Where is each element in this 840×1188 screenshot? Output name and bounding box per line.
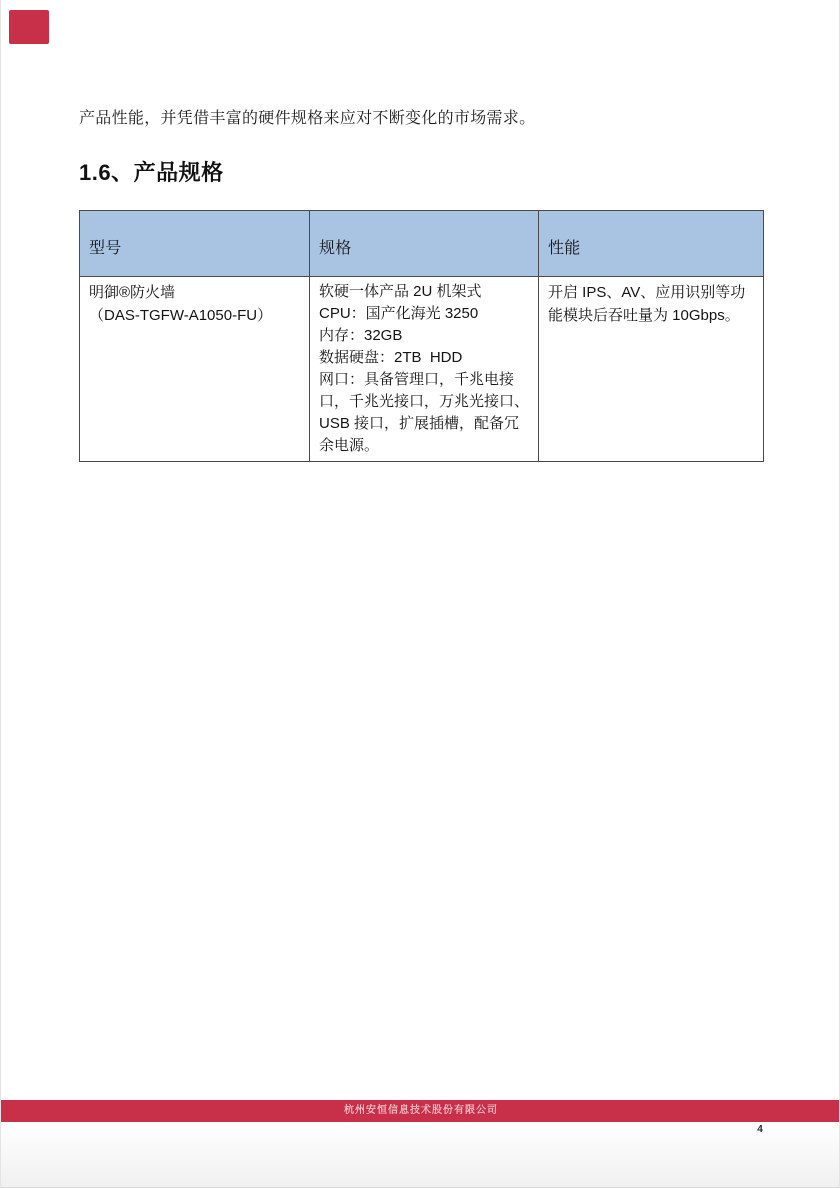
cell-performance: 开启 IPS、AV、应用识别等功能模块后吞吐量为 10Gbps。 bbox=[539, 277, 764, 462]
spec-cpu: CPU：国产化海光 3250 bbox=[319, 303, 532, 325]
footer-bar: 杭州安恒信息技术股份有限公司 bbox=[1, 1100, 840, 1122]
company-logo bbox=[9, 10, 49, 44]
spec-form-factor: 软硬一体产品 2U 机架式 bbox=[319, 281, 532, 303]
cell-model: 明御®防火墙 （DAS-TGFW-A1050-FU） bbox=[80, 277, 310, 462]
table-header-row: 型号 规格 性能 bbox=[80, 211, 764, 277]
table-row: 明御®防火墙 （DAS-TGFW-A1050-FU） 软硬一体产品 2U 机架式… bbox=[80, 277, 764, 462]
performance-text: 开启 IPS、AV、应用识别等功能模块后吞吐量为 10Gbps。 bbox=[548, 281, 757, 327]
model-code: （DAS-TGFW-A1050-FU） bbox=[89, 304, 303, 327]
col-header-performance: 性能 bbox=[539, 211, 764, 277]
spec-disk: 数据硬盘：2TB HDD bbox=[319, 347, 532, 369]
spec-memory: 内存：32GB bbox=[319, 325, 532, 347]
spec-ports: 网口：具备管理口，千兆电接口，千兆光接口，万兆光接口、USB 接口，扩展插槽，配… bbox=[319, 369, 532, 457]
footer-company-name: 杭州安恒信息技术股份有限公司 bbox=[344, 1105, 498, 1116]
spec-table: 型号 规格 性能 明御®防火墙 （DAS-TGFW-A1050-FU） 软硬一体… bbox=[79, 210, 764, 462]
cell-spec: 软硬一体产品 2U 机架式 CPU：国产化海光 3250 内存：32GB 数据硬… bbox=[310, 277, 539, 462]
col-header-model: 型号 bbox=[80, 211, 310, 277]
page-bottom-shading bbox=[1, 1122, 840, 1188]
col-header-spec: 规格 bbox=[310, 211, 539, 277]
document-page: 产品性能，并凭借丰富的硬件规格来应对不断变化的市场需求。 1.6、产品规格 型号… bbox=[0, 0, 840, 1188]
section-heading: 1.6、产品规格 bbox=[79, 158, 224, 188]
page-number: 4 bbox=[753, 1124, 767, 1135]
model-name: 明御®防火墙 bbox=[89, 281, 303, 304]
body-paragraph: 产品性能，并凭借丰富的硬件规格来应对不断变化的市场需求。 bbox=[79, 107, 769, 131]
